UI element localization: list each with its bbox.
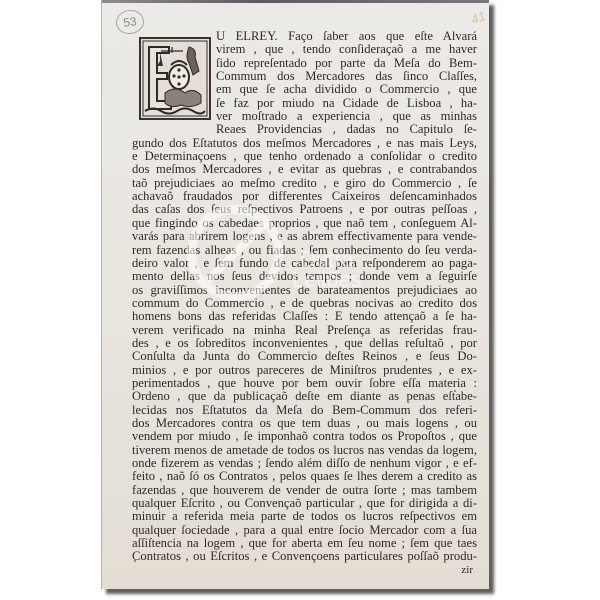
watermark-line-2: Leilões — [292, 270, 362, 290]
text-line: que fingindo os cabedaes proprios , que … — [132, 217, 477, 230]
text-line: varás para abrirem logens , e as abrem e… — [132, 230, 477, 243]
paper-speck — [134, 560, 136, 562]
text-line: aſſiſtencia na logem , que for aberta em… — [132, 537, 477, 550]
text-line: Commum dos Mercadores das ſinco Claſſes, — [132, 70, 477, 83]
text-line: gundo dos Eſtatutos dos meſmos Mercadore… — [132, 137, 477, 150]
text-line: ſe faz por miudo na Cidade de Lisboa , h… — [132, 97, 477, 110]
text-line: virem , que , tendo conſideraçaõ a me ha… — [132, 43, 477, 56]
text-line: taõ prejudiciaes ao meſmo credito , e gi… — [132, 177, 477, 190]
text-line: minios , e por outros pareceres de Miniſ… — [132, 364, 477, 377]
text-line: Contratos , ou Eſcritos , e Convençoens … — [132, 550, 477, 563]
pencil-annotation: 41 — [468, 8, 487, 27]
text-line: perimentados , que houve por bem ouvir ſ… — [132, 377, 477, 390]
document-page: 53 41 U ELREY. Faço ſaber aos que eſte A… — [101, 0, 489, 589]
paper-speck — [454, 390, 456, 392]
text-line: em que ſe acha dividido o Commercio , qu… — [132, 83, 477, 96]
text-line: verem verificado na minha Real Preſença … — [132, 324, 477, 337]
text-line: achavaõ fraudados por differentes Caixei… — [132, 190, 477, 203]
text-line: lecidas nos Eſtatutos da Meſa do Bem-Com… — [132, 404, 477, 417]
text-line: qualquer ſociedade , para a qual entre ſ… — [132, 524, 477, 537]
text-line: tiverem menos de ametade de todos os luc… — [132, 444, 477, 457]
text-line: feito , naõ ſó os Contratos , pelos quae… — [132, 470, 477, 483]
watermark-text: Dutra Leilões — [292, 250, 362, 290]
text-line: dos meſmos Mercadores , e evitar as queb… — [132, 163, 477, 176]
text-line: fazendas , que houverem de vender de out… — [132, 484, 477, 497]
text-line: Ordeno , que da publicaçaõ deſte em dian… — [132, 390, 477, 403]
text-line: Reaes Providencias , dadas no Capitulo ſ… — [132, 123, 477, 136]
text-line: vendem por miudo , ſe imponhaõ contra to… — [132, 430, 477, 443]
text-line: minuir a referida meia parte de todos os… — [132, 510, 477, 523]
text-line: dos Mercadores contra os que tem duas , … — [132, 417, 477, 430]
text-line: homens bons das referidas Claſſes : E te… — [132, 310, 477, 323]
text-line: e Determinaçoens , que tenho ordenado a … — [132, 150, 477, 163]
text-line: des , e os ſobreditos inconvenientes , q… — [132, 337, 477, 350]
text-line: U ELREY. Faço ſaber aos que eſte Alvará — [132, 30, 477, 43]
text-line: ver moſtrado a experiencia , que as minh… — [132, 110, 477, 123]
document-body: U ELREY. Faço ſaber aos que eſte Alvaráv… — [132, 30, 477, 577]
text-line: Conſulta da Junta do Commercio deſtes Re… — [132, 350, 477, 363]
text-line: qualquer Eſcrito , ou Convençaõ particul… — [132, 497, 477, 510]
text-line: commum do Commercio , e de quebras nociv… — [132, 297, 477, 310]
text-line: das caſas dos ſeus reſpectivos Patroens … — [132, 203, 477, 216]
text-line: onde fizerem as vendas ; ſendo além diſſ… — [132, 457, 477, 470]
catchword: zir — [132, 564, 477, 577]
text-line: ſido repreſentado por parte da Meſa do B… — [132, 57, 477, 70]
